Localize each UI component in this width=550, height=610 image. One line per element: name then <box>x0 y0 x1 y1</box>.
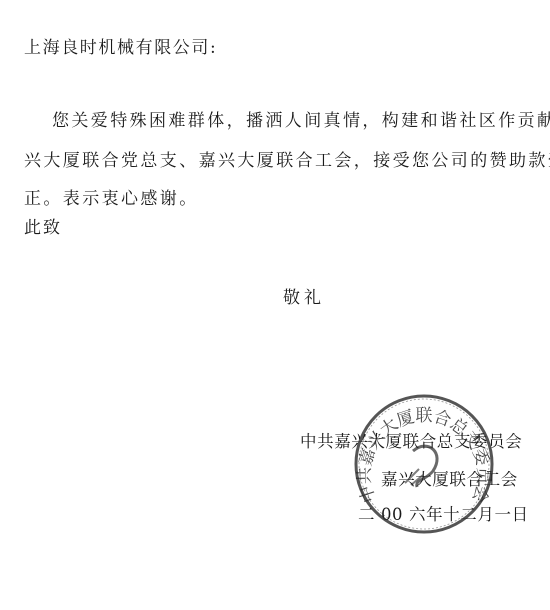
signature-trade-union: 嘉兴大厦联合工会 <box>381 470 518 490</box>
addressee: 上海良时机械有限公司: <box>24 38 217 58</box>
body-line-3: 正。表示衷心感谢。 <box>24 189 199 209</box>
signature-party-committee: 中共嘉兴大厦联合总支委员会 <box>300 432 522 452</box>
letter-date: 二 00 六年十二月一日 <box>358 505 529 525</box>
closing-salutation: 此致 <box>24 218 62 238</box>
body-line-1: 您关爱特殊困难群体，播洒人间真情，构建和谐社区作贡献。嘉 <box>52 111 550 131</box>
body-line-2: 兴大厦联合党总支、嘉兴大厦联合工会，接受您公司的赞助款壹万元 <box>24 151 550 171</box>
closing-respect: 敬礼 <box>283 288 325 308</box>
seal-arc-text: 中共嘉兴大厦联合总支委员会 <box>355 406 493 505</box>
